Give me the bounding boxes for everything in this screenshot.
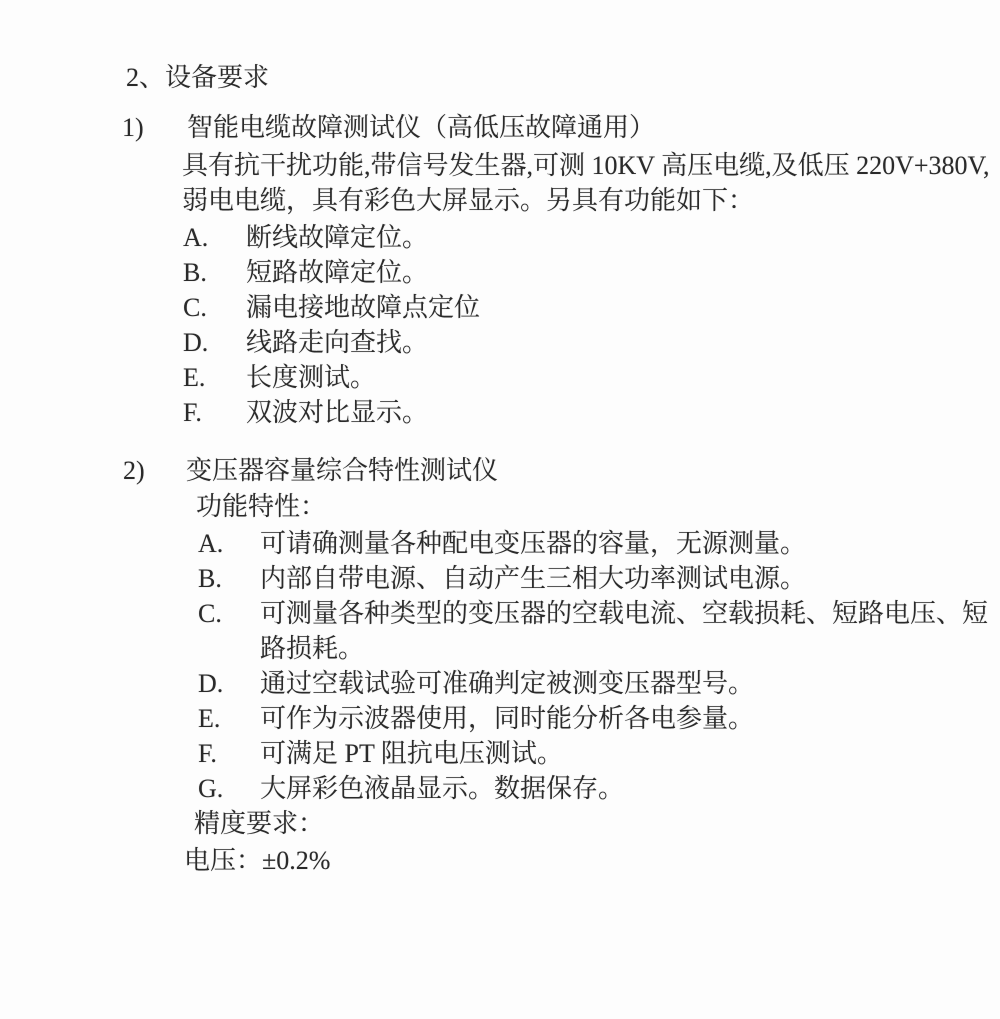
section-1-list: A. 断线故障定位。 B. 短路故障定位。 C. 漏电接地故障点定位 D. 线路… xyxy=(183,220,1000,430)
list-item: C. 漏电接地故障点定位 xyxy=(183,290,1000,325)
document-page: 2、设备要求 1) 智能电缆故障测试仪（高低压故障通用） 具有抗干扰功能,带信号… xyxy=(0,0,1000,1019)
list-item-text: 漏电接地故障点定位 xyxy=(246,290,480,325)
list-item-text: 大屏彩色液晶显示。数据保存。 xyxy=(260,771,624,806)
list-item-letter: A. xyxy=(198,526,260,561)
section-1-header: 1) 智能电缆故障测试仪（高低压故障通用） xyxy=(122,110,1000,145)
list-item-letter: F. xyxy=(183,395,246,430)
list-item-text-line: 路损耗。 xyxy=(260,631,988,666)
list-item-letter: A. xyxy=(183,220,246,255)
section-1-intro-line: 弱电电缆，具有彩色大屏显示。另具有功能如下： xyxy=(182,183,1000,218)
list-item: F. 可满足 PT 阻抗电压测试。 xyxy=(198,736,1000,771)
section-1-title: 智能电缆故障测试仪（高低压故障通用） xyxy=(187,110,655,145)
section-1-intro: 具有抗干扰功能,带信号发生器,可测 10KV 高压电缆,及低压 220V+380… xyxy=(182,148,1000,218)
list-item-letter: G. xyxy=(198,771,260,806)
section-1-number: 1) xyxy=(122,110,187,145)
list-item-text-line: 可测量各种类型的变压器的空载电流、空载损耗、短路电压、短 xyxy=(260,596,988,631)
list-item-text: 可满足 PT 阻抗电压测试。 xyxy=(260,736,563,771)
list-item-text: 通过空载试验可准确判定被测变压器型号。 xyxy=(260,666,754,701)
list-item-letter: D. xyxy=(198,666,260,701)
document-heading: 2、设备要求 xyxy=(126,60,1000,95)
list-item-text: 长度测试。 xyxy=(246,360,376,395)
list-item-letter: B. xyxy=(198,561,260,596)
function-features-label: 功能特性： xyxy=(196,489,1000,524)
list-item-text: 可作为示波器使用，同时能分析各电参量。 xyxy=(260,701,754,736)
voltage-accuracy-value: 电压：±0.2% xyxy=(184,843,1000,878)
list-item: G. 大屏彩色液晶显示。数据保存。 xyxy=(198,771,1000,806)
section-1-intro-line: 具有抗干扰功能,带信号发生器,可测 10KV 高压电缆,及低压 220V+380… xyxy=(182,148,1000,183)
list-item-text: 可测量各种类型的变压器的空载电流、空载损耗、短路电压、短 路损耗。 xyxy=(260,596,988,666)
list-item-text: 可请确测量各种配电变压器的容量，无源测量。 xyxy=(260,526,806,561)
list-item-letter: E. xyxy=(183,360,246,395)
list-item: C. 可测量各种类型的变压器的空载电流、空载损耗、短路电压、短 路损耗。 xyxy=(198,596,1000,666)
section-2-number: 2) xyxy=(123,453,186,488)
list-item-letter: B. xyxy=(183,255,246,290)
list-item-text: 线路走向查找。 xyxy=(246,325,428,360)
section-2-list: A. 可请确测量各种配电变压器的容量，无源测量。 B. 内部自带电源、自动产生三… xyxy=(198,526,1000,806)
section-2-title: 变压器容量综合特性测试仪 xyxy=(186,453,498,488)
list-item-text: 断线故障定位。 xyxy=(246,220,428,255)
list-item: A. 可请确测量各种配电变压器的容量，无源测量。 xyxy=(198,526,1000,561)
list-item: E. 可作为示波器使用，同时能分析各电参量。 xyxy=(198,701,1000,736)
list-item-letter: F. xyxy=(198,736,260,771)
list-item: D. 通过空载试验可准确判定被测变压器型号。 xyxy=(198,666,1000,701)
list-item: B. 短路故障定位。 xyxy=(183,255,1000,290)
accuracy-requirements-label: 精度要求： xyxy=(194,806,1000,841)
list-item: F. 双波对比显示。 xyxy=(183,395,1000,430)
list-item-text: 双波对比显示。 xyxy=(246,395,428,430)
list-item-letter: C. xyxy=(183,290,246,325)
list-item: B. 内部自带电源、自动产生三相大功率测试电源。 xyxy=(198,561,1000,596)
list-item: A. 断线故障定位。 xyxy=(183,220,1000,255)
list-item: E. 长度测试。 xyxy=(183,360,1000,395)
list-item: D. 线路走向查找。 xyxy=(183,325,1000,360)
list-item-text: 短路故障定位。 xyxy=(246,255,428,290)
list-item-letter: E. xyxy=(198,701,260,736)
list-item-letter: D. xyxy=(183,325,246,360)
list-item-text: 内部自带电源、自动产生三相大功率测试电源。 xyxy=(260,561,806,596)
section-2-header: 2) 变压器容量综合特性测试仪 xyxy=(123,453,1000,488)
list-item-letter: C. xyxy=(198,596,260,631)
